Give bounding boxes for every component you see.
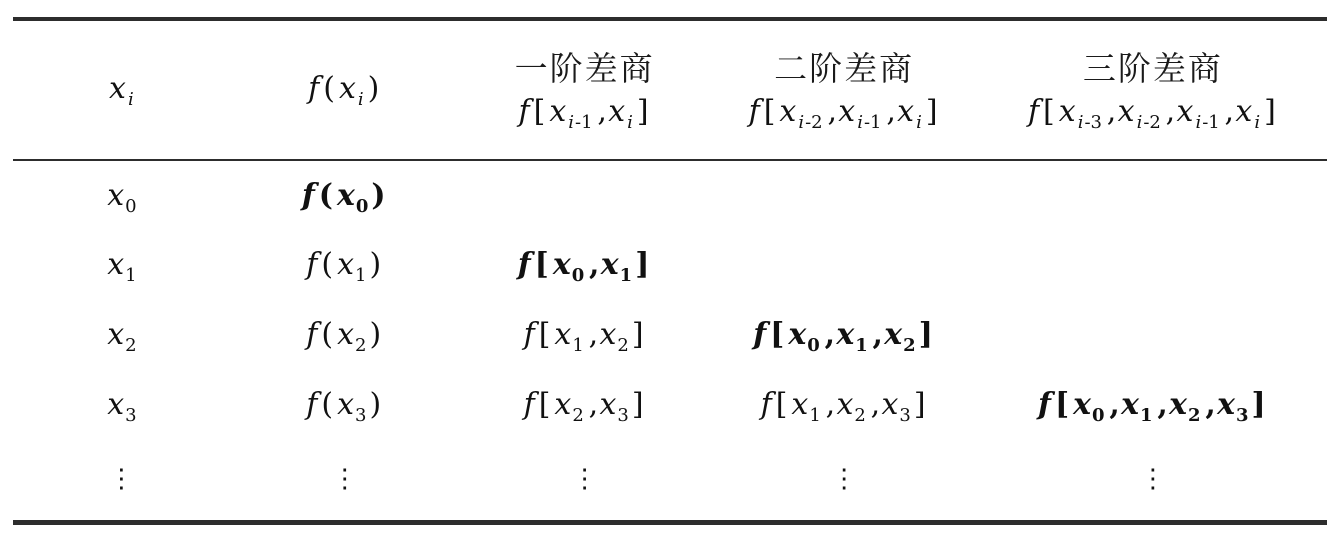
ellipsis-cell: ⋮ [460, 440, 710, 518]
header-row: xi f(xi) 一阶差商 f[xi-1,xi] 二阶差商 f[xi-2,xi-… [13, 19, 1327, 160]
ellipsis-cell: ⋮ [979, 440, 1327, 518]
table-cell: f[x2,x3] [460, 370, 710, 440]
table-bottom-rule [13, 520, 1327, 525]
table-cell: f[x1,x2,x3] [709, 370, 978, 440]
table-cell [979, 300, 1327, 370]
table-cell: x2 [13, 300, 230, 370]
column-header-second-order: 二阶差商 f[xi-2,xi-1,xi] [709, 19, 978, 160]
table-cell: f[x1,x2] [460, 300, 710, 370]
vertical-ellipsis: ⋮ [332, 464, 358, 494]
table-cell: f[x0,x1,x2,x3] [979, 370, 1327, 440]
table-cell: x0 [13, 160, 230, 230]
table-cell [460, 160, 710, 230]
table-row-x1: x1 f(x1) f[x0,x1] [13, 230, 1327, 300]
column-header-first-order: 一阶差商 f[xi-1,xi] [460, 19, 710, 160]
ellipsis-cell: ⋮ [230, 440, 460, 518]
table-row-x2: x2 f(x2) f[x1,x2] f[x0,x1,x2] [13, 300, 1327, 370]
ellipsis-cell: ⋮ [13, 440, 230, 518]
column-title: 三阶差商 [1083, 52, 1223, 85]
table-cell [709, 160, 978, 230]
table-header: xi f(xi) 一阶差商 f[xi-1,xi] 二阶差商 f[xi-2,xi-… [13, 19, 1327, 160]
column-title: 一阶差商 [515, 52, 655, 85]
column-header-fxi: f(xi) [230, 19, 460, 160]
table-row-ellipsis: ⋮ ⋮ ⋮ ⋮ ⋮ [13, 440, 1327, 518]
table-cell: f(x2) [230, 300, 460, 370]
divided-differences-table: xi f(xi) 一阶差商 f[xi-1,xi] 二阶差商 f[xi-2,xi-… [13, 19, 1327, 518]
table-cell: f[x0,x1,x2] [709, 300, 978, 370]
column-formula: f[xi-1,xi] [518, 97, 652, 127]
column-formula: f[xi-2,xi-1,xi] [748, 97, 941, 127]
column-formula: f(xi) [230, 74, 460, 104]
column-header-third-order: 三阶差商 f[xi-3,xi-2,xi-1,xi] [979, 19, 1327, 160]
vertical-ellipsis: ⋮ [108, 464, 134, 494]
table-row-x0: x0 f(x0) [13, 160, 1327, 230]
table-row-x3: x3 f(x3) f[x2,x3] f[x1,x2,x3] f[x0,x1,x2… [13, 370, 1327, 440]
table-cell: f(x0) [230, 160, 460, 230]
column-header-xi: xi [13, 19, 230, 160]
vertical-ellipsis: ⋮ [831, 464, 857, 494]
table-body: x0 f(x0) x1 f(x1) f[x0,x1] x2 f(x2) f[x1… [13, 160, 1327, 518]
table-cell [979, 230, 1327, 300]
ellipsis-cell: ⋮ [709, 440, 978, 518]
table-cell [979, 160, 1327, 230]
textbook-divided-difference-page: xi f(xi) 一阶差商 f[xi-1,xi] 二阶差商 f[xi-2,xi-… [0, 0, 1343, 547]
table-cell [709, 230, 978, 300]
table-cell: f(x3) [230, 370, 460, 440]
vertical-ellipsis: ⋮ [1140, 464, 1166, 494]
column-formula: xi [13, 74, 230, 104]
table-cell: x1 [13, 230, 230, 300]
table-cell: f[x0,x1] [460, 230, 710, 300]
table-cell: x3 [13, 370, 230, 440]
column-title: 二阶差商 [774, 52, 914, 85]
vertical-ellipsis: ⋮ [572, 464, 598, 494]
column-formula: f[xi-3,xi-2,xi-1,xi] [1027, 97, 1279, 127]
table-cell: f(x1) [230, 230, 460, 300]
